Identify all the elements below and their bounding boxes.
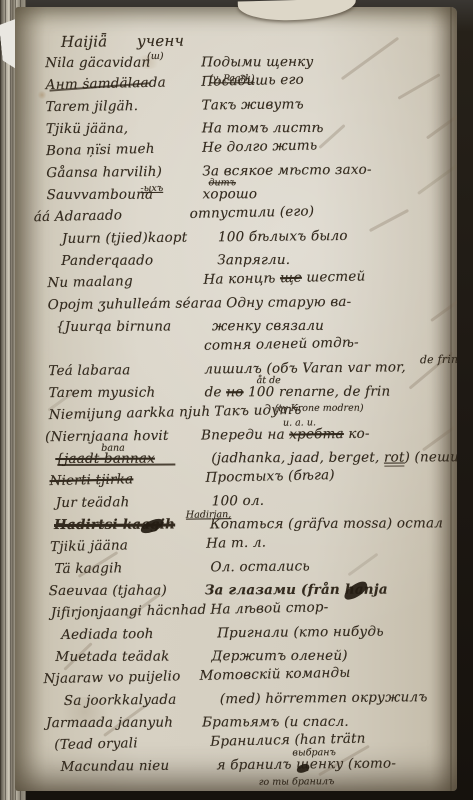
entry-row: Jur teädah 100 ол. Hadirjan, (56, 491, 456, 517)
sami-term: Bona ņïsi mueh (46, 140, 202, 159)
russian-gloss: (med) hörremmen окружилъ (220, 689, 428, 707)
gloss-part: (jadhanka, jaad, berget, (211, 450, 384, 467)
russian-gloss: de но 100 renarne, de frin (205, 384, 391, 401)
sami-term: (Tead oryali (54, 734, 210, 753)
sami-term: Niemijung aarkka njuh (49, 404, 215, 423)
russian-gloss: хорошо (203, 186, 258, 202)
struck-word: но (226, 384, 243, 400)
sami-term: Opojm ʒuhulleám séaraa (48, 295, 227, 313)
russian-gloss: ученч (137, 32, 184, 50)
sami-term: Macundau nieu (60, 757, 216, 775)
entry-row: Tä kaagih Ол. остались (54, 557, 456, 583)
page-heading: Haijiǟ ученч (ш) (61, 29, 451, 55)
gloss-part: ко- (344, 426, 370, 442)
sami-term: Saeuvaa (tjahaa) (49, 582, 205, 599)
interlinear-note: åt de (257, 375, 281, 386)
entry-row: Macundau nieu я бранилъ щенку (кото- выб… (60, 755, 457, 781)
sami-term: {Juurqa birnuna (56, 318, 212, 335)
russian-gloss: Не долго жить (202, 137, 318, 155)
russian-gloss: На томъ листѣ (202, 120, 324, 137)
struck-sami-term: Nierti tjirka (49, 470, 205, 489)
russian-gloss: На концѣ ще шестей (203, 268, 365, 287)
gloss-part: de (205, 384, 227, 400)
entry-row: Juurn (tjied)kaopt 100 бѣлыхъ было (62, 227, 453, 253)
manuscript-page: Haijiǟ ученч (ш) Nila gäcavidan Подыми щ… (15, 7, 457, 791)
entry-row: Tarem jilgäh. Такъ живутъ (46, 95, 452, 121)
sami-term: Tarem jilgäh. (46, 97, 202, 115)
entry-row: Gåansa harvilih) За всякое мѣсто захо- -… (46, 161, 452, 187)
sami-term: Jifirjonjaangi häcnhad (51, 602, 211, 621)
entry-row: Aediada tooh Пригнали (кто нибудь (61, 623, 457, 649)
sami-term: Jarmaada jaanyuh (46, 714, 202, 731)
interlinear-note: и. а. и. (283, 417, 316, 428)
sami-term: Nila gäcavidan (45, 54, 201, 71)
russian-gloss: Пригнали (кто нибудь (217, 624, 384, 642)
sami-term: Sauvvambouna (47, 186, 203, 203)
sami-term: Muetada teädak (55, 648, 211, 665)
sami-term: Teá labaraa (48, 361, 204, 379)
russian-gloss: На т. л. (206, 535, 266, 552)
russian-gloss: Запрягли. (217, 252, 290, 268)
russian-gloss: Такъ живутъ (202, 96, 304, 113)
sami-term: Njaaraw vo puijelio (43, 668, 199, 687)
gloss-part: На концѣ (203, 270, 280, 288)
russian-gloss: Подыми щенку (201, 54, 313, 70)
russian-gloss: Мотовскій команды (199, 665, 350, 684)
sami-term: Jur teädah (56, 493, 212, 511)
interlinear-note: выбранъ (292, 747, 336, 758)
gloss-part: ) (пеши (405, 449, 457, 465)
russian-gloss: Держитъ оленей) (211, 648, 347, 665)
struck-sami-term: {jaadt bannax (55, 450, 211, 467)
russian-gloss: 100 бѣлыхъ было (218, 228, 348, 245)
sami-term (48, 350, 204, 353)
margin-note: de frin (420, 353, 457, 366)
underlined-word: rot (384, 449, 405, 466)
russian-gloss: Одну старую ва- (226, 294, 351, 311)
russian-gloss: сотня оленей отдѣ- (204, 335, 359, 354)
russian-gloss: Копаться (gräfva mossa) остал (210, 515, 443, 532)
interlinear-note: bana (101, 443, 125, 454)
struck-word: дитъ (208, 177, 236, 188)
sami-term: Tä kaagih (54, 559, 210, 577)
russian-gloss: Простыхъ (бѣга) (205, 467, 335, 486)
interlinear-note: го ты бранилъ (259, 776, 335, 788)
russian-gloss: женку связали (212, 318, 324, 334)
sami-term: Sa joorkkalyada (64, 691, 220, 709)
sami-term: Haijiǟ (61, 32, 137, 51)
gloss-part: Впереди на (201, 427, 289, 444)
entry-row: Opojm ʒuhulleám séaraa Одну старую ва- (48, 293, 454, 319)
sami-term: Tjikü jääna, (46, 120, 202, 137)
russian-gloss: Братьямъ (и спасл. (202, 714, 349, 731)
manuscript-photo: Haijiǟ ученч (ш) Nila gäcavidan Подыми щ… (0, 0, 473, 800)
russian-gloss: лишилъ (объ Varan var mor, (204, 359, 406, 377)
russian-gloss: (jadhanka, jaad, berget, rot) (пеши (211, 449, 457, 466)
handwritten-glossary: Haijiǟ ученч (ш) Nila gäcavidan Подыми щ… (15, 7, 457, 791)
sami-term: Aediada tooh (61, 625, 217, 643)
gloss-part: шестей (302, 268, 366, 285)
sami-term: Juurn (tjied)kaopt (62, 229, 218, 247)
russian-gloss: Посадишь его (201, 72, 304, 90)
sami-term: Gåansa harvilih) (46, 163, 202, 181)
sami-term: áá Adaraado (34, 206, 190, 225)
russian-gloss: На лѣвой стор- (210, 599, 328, 617)
russian-gloss: Бранилися (han trätn (210, 731, 366, 750)
sami-term: Ант ṡamdälaada (45, 74, 201, 93)
entry-row: Teá labaraa лишилъ (объ Varan var mor, d… (48, 359, 454, 385)
russian-gloss: отпустили (его) (190, 203, 315, 222)
sami-term: Nu maalang (47, 272, 203, 291)
russian-gloss: 100 ол. (212, 493, 265, 510)
russian-gloss: Ол. остались (210, 558, 310, 575)
struck-sami-term: Hadirtsi kaagih (54, 516, 210, 533)
sami-term: Tarem myusich (49, 384, 205, 401)
sami-term: Panderqaado (61, 252, 217, 269)
sami-term: Tjikü jääna (50, 536, 206, 555)
entry-row: Sa joorkkalyada (med) hörremmen окружилъ (64, 689, 457, 715)
struck-word: ще (280, 270, 302, 286)
